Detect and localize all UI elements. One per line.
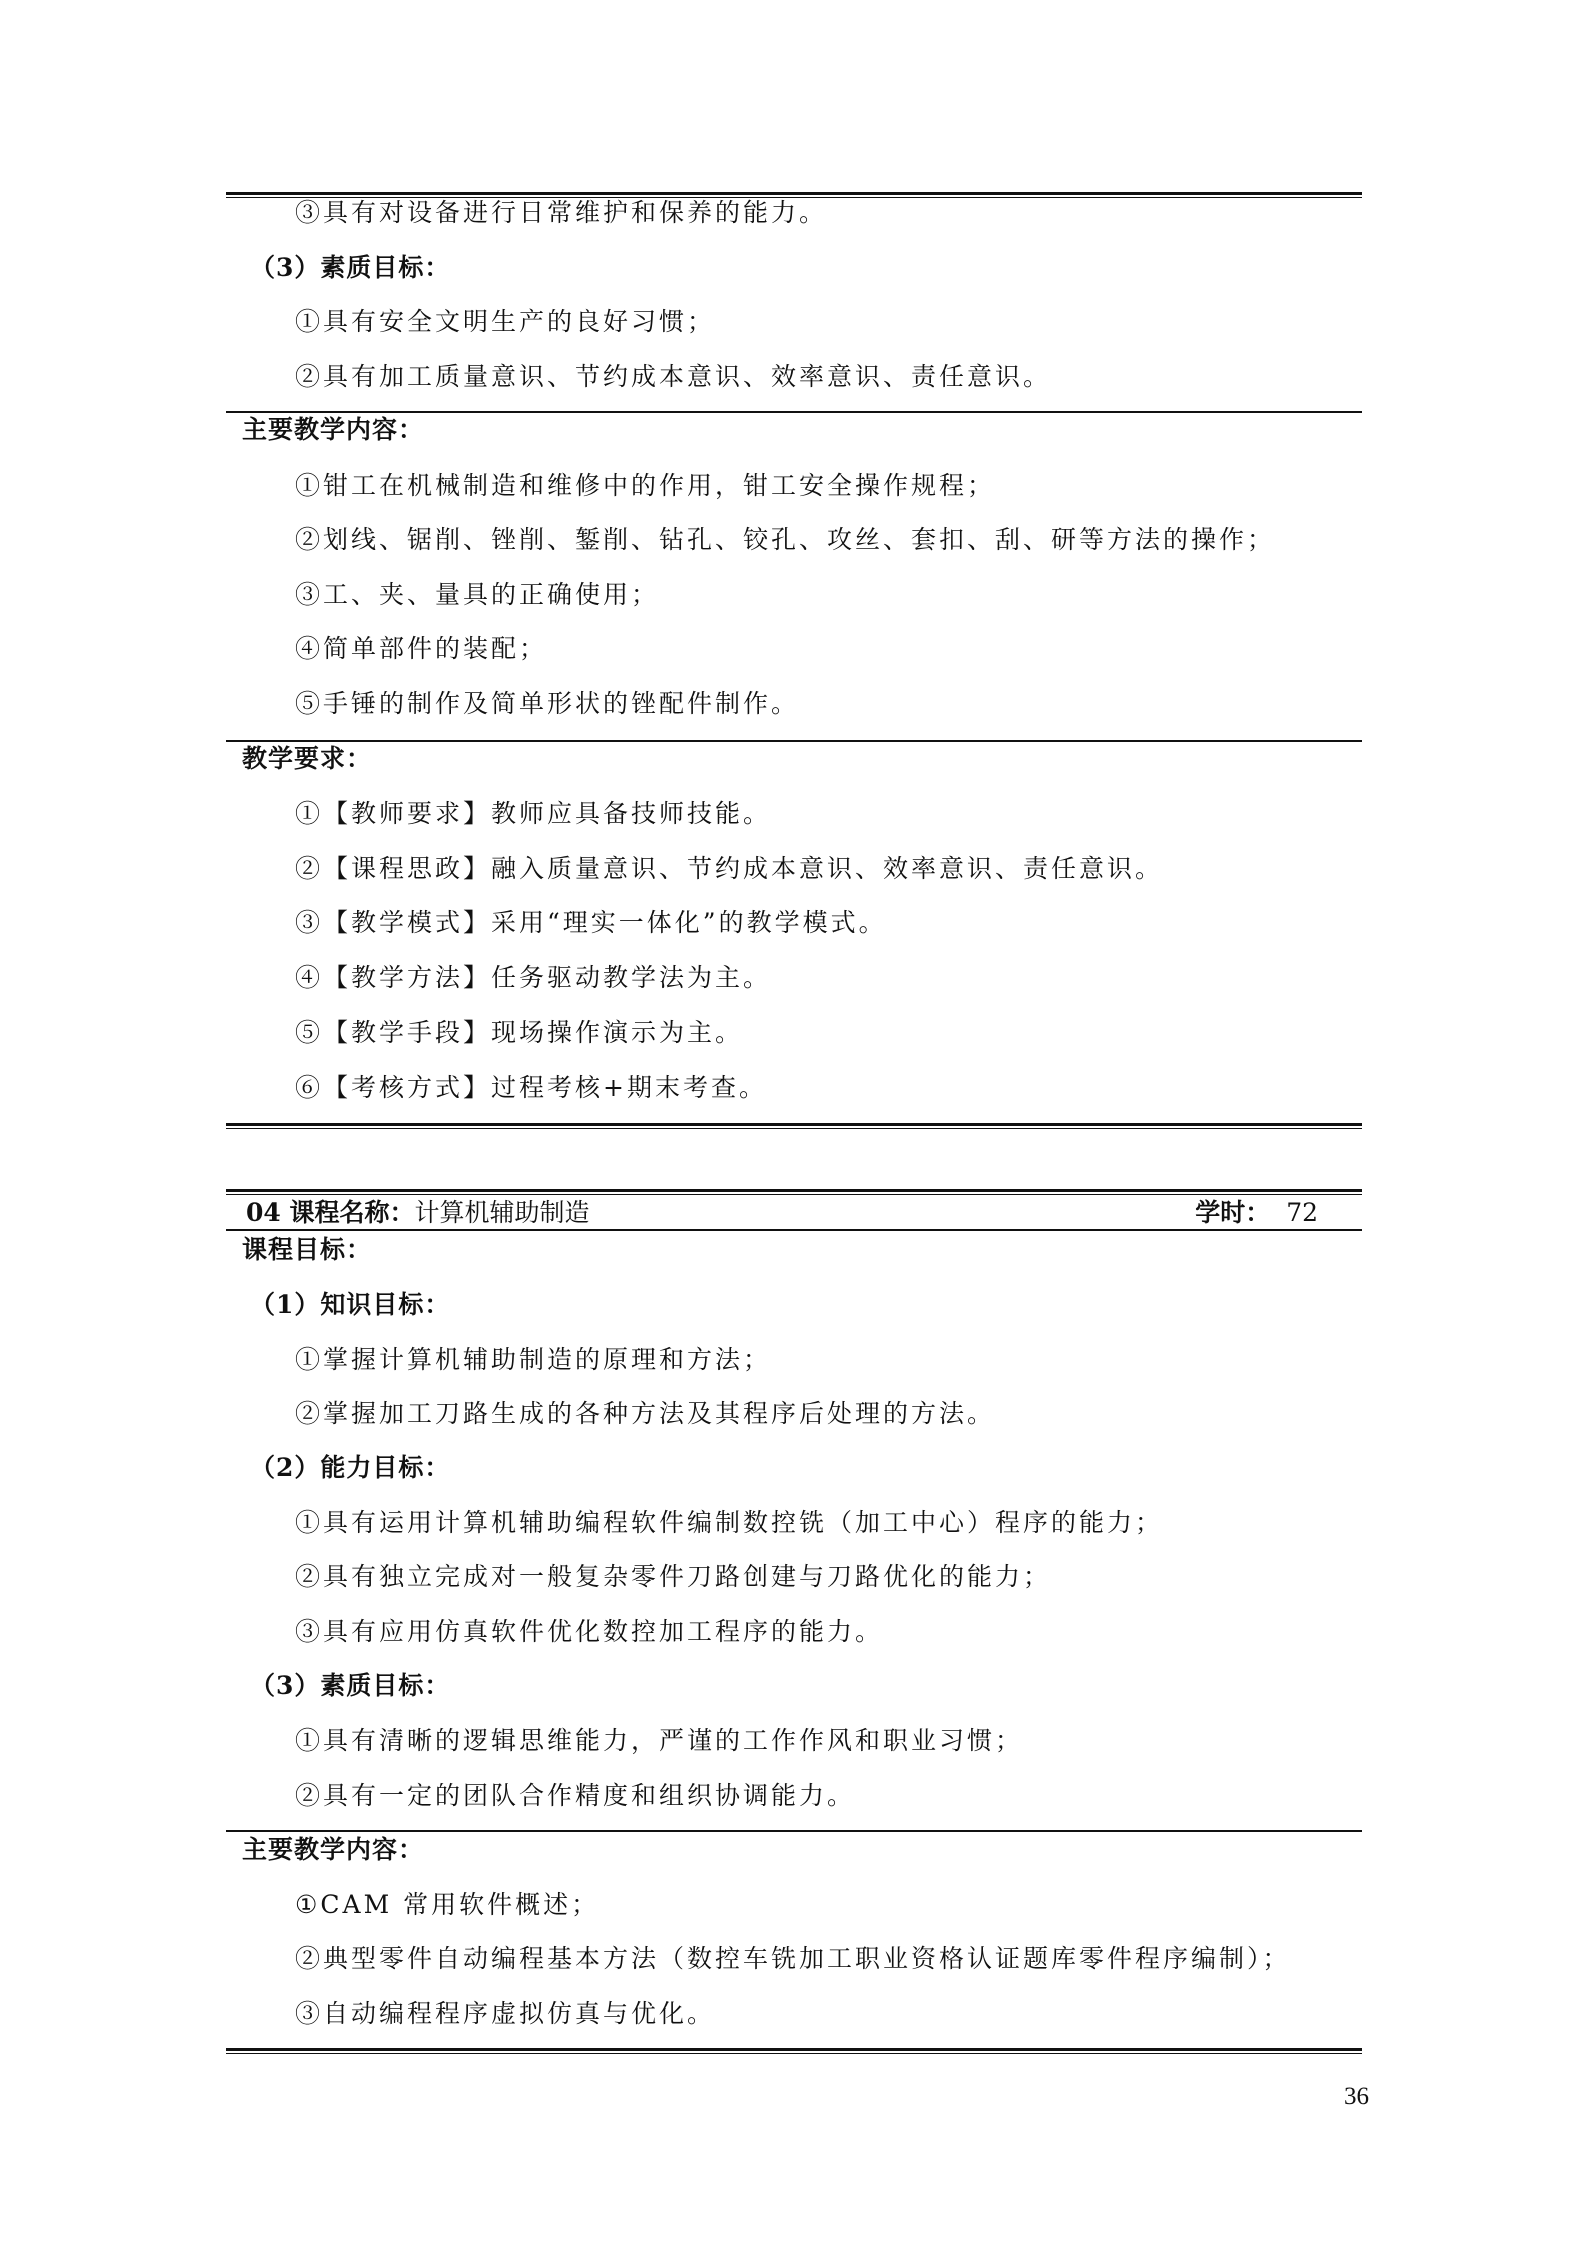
list-item: ②具有加工质量意识、节约成本意识、效率意识、责任意识。 xyxy=(295,360,1051,394)
list-item: ⑤【教学手段】现场操作演示为主。 xyxy=(295,1016,743,1050)
list-item: ①CAM 常用软件概述； xyxy=(295,1888,599,1922)
section-heading: 主要教学内容： xyxy=(242,1833,424,1867)
row-divider xyxy=(226,740,1362,742)
list-item: ②具有一定的团队合作精度和组织协调能力。 xyxy=(295,1779,855,1813)
course-hours: 学时： 72 xyxy=(1195,1196,1318,1230)
section-heading: 主要教学内容： xyxy=(242,413,424,447)
list-item: ④【教学方法】任务驱动教学法为主。 xyxy=(295,961,771,995)
list-item: ③自动编程程序虚拟仿真与优化。 xyxy=(295,1997,715,2031)
course-name-value: 计算机辅助制造 xyxy=(415,1198,590,1227)
list-item: ⑤手锤的制作及简单形状的锉配件制作。 xyxy=(295,687,799,721)
list-item: ②具有独立完成对一般复杂零件刀路创建与刀路优化的能力； xyxy=(295,1560,1051,1594)
list-item: ③【教学模式】采用“理实一体化”的教学模式。 xyxy=(295,906,887,940)
list-item: ②划线、锯削、锉削、錾削、钻孔、铰孔、攻丝、套扣、刮、研等方法的操作； xyxy=(295,523,1275,557)
table-bottom-rule xyxy=(226,2048,1362,2054)
course-hours-label: 学时： xyxy=(1195,1198,1270,1227)
table-bottom-rule xyxy=(226,1123,1362,1129)
list-item: ①钳工在机械制造和维修中的作用，钳工安全操作规程； xyxy=(295,469,995,503)
course-title-row: 04 课程名称：计算机辅助制造 学时： 72 xyxy=(226,1196,1362,1230)
list-item: ②典型零件自动编程基本方法（数控车铣加工职业资格认证题库零件程序编制）； xyxy=(295,1942,1291,1976)
course-name: 04 课程名称：计算机辅助制造 xyxy=(246,1196,590,1230)
list-item: ②【课程思政】融入质量意识、节约成本意识、效率意识、责任意识。 xyxy=(295,852,1163,886)
section-subheading: （3）素质目标： xyxy=(250,251,450,285)
document-page: ③具有对设备进行日常维护和保养的能力。 （3）素质目标： ①具有安全文明生产的良… xyxy=(0,0,1587,2245)
course-name-label: 04 课程名称： xyxy=(246,1198,415,1227)
list-item: ①具有清晰的逻辑思维能力，严谨的工作作风和职业习惯； xyxy=(295,1724,1023,1758)
section-heading: 课程目标： xyxy=(242,1233,372,1267)
list-item: ③具有对设备进行日常维护和保养的能力。 xyxy=(295,196,827,230)
list-item: ①掌握计算机辅助制造的原理和方法； xyxy=(295,1343,771,1377)
list-item: ③工、夹、量具的正确使用； xyxy=(295,578,659,612)
list-item: ③具有应用仿真软件优化数控加工程序的能力。 xyxy=(295,1615,883,1649)
list-item: ⑥【考核方式】过程考核+期末考查。 xyxy=(295,1071,767,1105)
row-divider xyxy=(226,1229,1362,1231)
list-item: ②掌握加工刀路生成的各种方法及其程序后处理的方法。 xyxy=(295,1397,995,1431)
section-subheading: （2）能力目标： xyxy=(250,1451,450,1485)
list-item: ①具有运用计算机辅助编程软件编制数控铣（加工中心）程序的能力； xyxy=(295,1506,1163,1540)
page-number: 36 xyxy=(1344,2083,1369,2111)
list-item: ④简单部件的装配； xyxy=(295,632,547,666)
table-top-rule xyxy=(226,1189,1362,1195)
row-divider xyxy=(226,1830,1362,1832)
section-heading: 教学要求： xyxy=(242,742,372,776)
section-subheading: （3）素质目标： xyxy=(250,1669,450,1703)
list-item: ①【教师要求】教师应具备技师技能。 xyxy=(295,797,771,831)
section-subheading: （1）知识目标： xyxy=(250,1288,450,1322)
course-hours-value: 72 xyxy=(1286,1198,1318,1227)
list-item: ①具有安全文明生产的良好习惯； xyxy=(295,305,715,339)
